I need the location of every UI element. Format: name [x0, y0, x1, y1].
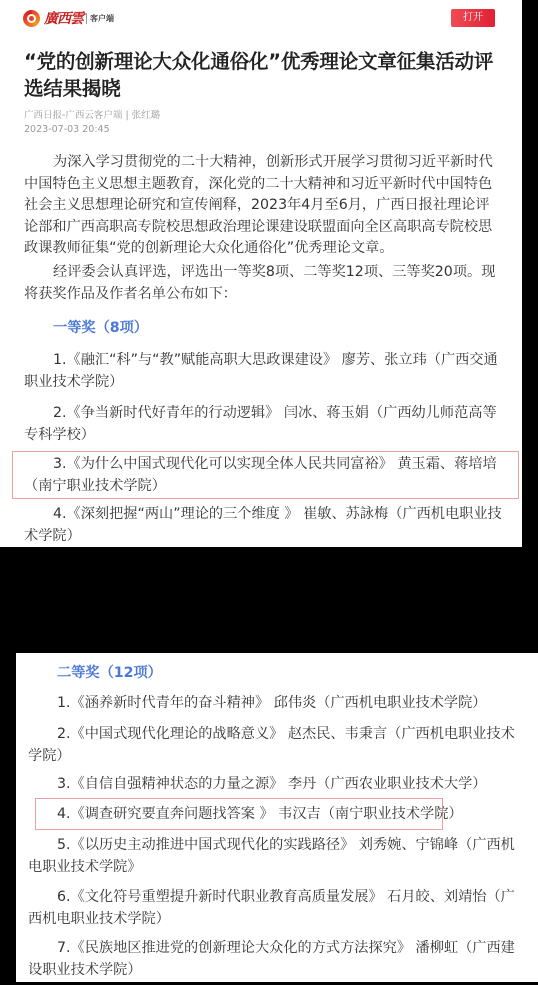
- app-logo: 廣西雲 客户端: [23, 8, 114, 28]
- intro-paragraph: 为深入学习贯彻党的二十大精神，创新形式开展学习贯彻习近平新时代中国特色主义思想主…: [24, 152, 502, 260]
- first-prize-heading: 一等奖（8项）: [53, 318, 148, 338]
- second-prize-heading: 二等奖（12项）: [57, 663, 162, 683]
- second-prize-item: 2.《中国式现代化理论的战略意义》 赵杰民、韦秉言（广西机电职业技术学院）: [28, 724, 522, 767]
- article-source: 广西日报-广西云客户端 | 张红璐: [24, 107, 160, 121]
- open-app-button[interactable]: 打开: [451, 9, 495, 27]
- article-panel-bottom: 二等奖（12项） 1.《涵养新时代青年的奋斗精神》 邱伟炎（广西机电职业技术学院…: [16, 653, 538, 982]
- second-prize-item: 3.《自信自强精神状态的力量之源》 李丹（广西农业职业技术大学）: [28, 774, 522, 796]
- second-prize-item: 6.《文化符号重塑提升新时代职业教育高质量发展》 石月皎、刘靖怡（广西机电职业技…: [28, 887, 522, 930]
- article-title: “党的创新理论大众化通俗化”优秀理论文章征集活动评选结果揭晓: [24, 48, 500, 102]
- first-prize-item: 2.《争当新时代好青年的行动逻辑》 闫冰、蒋玉娟（广西幼儿师范高等专科学校）: [24, 403, 502, 446]
- logo-divider: [86, 13, 87, 24]
- first-prize-item: 4.《深刻把握“两山”理论的三个维度 》 崔敏、苏詠梅（广西机电职业技术学院）: [24, 504, 502, 547]
- first-prize-item-highlighted: 3.《为什么中国式现代化可以实现全体人民共同富裕》 黄玉霜、蒋培培（南宁职业技术…: [24, 454, 502, 497]
- second-prize-item: 7.《民族地区推进党的创新理论大众化的方式方法探究》 潘柳虹（广西建设职业技术学…: [28, 938, 522, 981]
- article-timestamp: 2023-07-03 20:45: [24, 124, 110, 135]
- guangxiyun-logo-icon: [23, 10, 40, 27]
- second-prize-item-highlighted: 4.《调查研究要直奔问题找答案 》 韦汉吉（南宁职业技术学院）: [28, 804, 522, 826]
- app-header: 廣西雲 客户端 打开: [0, 0, 522, 36]
- first-prize-item: 1.《融汇“科”与“教”赋能高职大思政课建设》 廖芳、张立玮（广西交通职业技术学…: [24, 350, 502, 393]
- second-prize-item: 5.《以历史主动推进中国式现代化的实践路径》 刘秀婉、宁锦峰（广西机电职业技术学…: [28, 835, 522, 878]
- article-panel-top: 廣西雲 客户端 打开 “党的创新理论大众化通俗化”优秀理论文章征集活动评选结果揭…: [0, 0, 522, 547]
- second-prize-item: 1.《涵养新时代青年的奋斗精神》 邱伟炎（广西机电职业技术学院）: [28, 693, 522, 715]
- logo-subtitle: 客户端: [90, 13, 114, 24]
- results-paragraph: 经评委会认真评选，评选出一等奖8项、二等奖12项、三等奖20项。现将获奖作品及作…: [24, 262, 502, 305]
- logo-name: 廣西雲: [44, 8, 83, 28]
